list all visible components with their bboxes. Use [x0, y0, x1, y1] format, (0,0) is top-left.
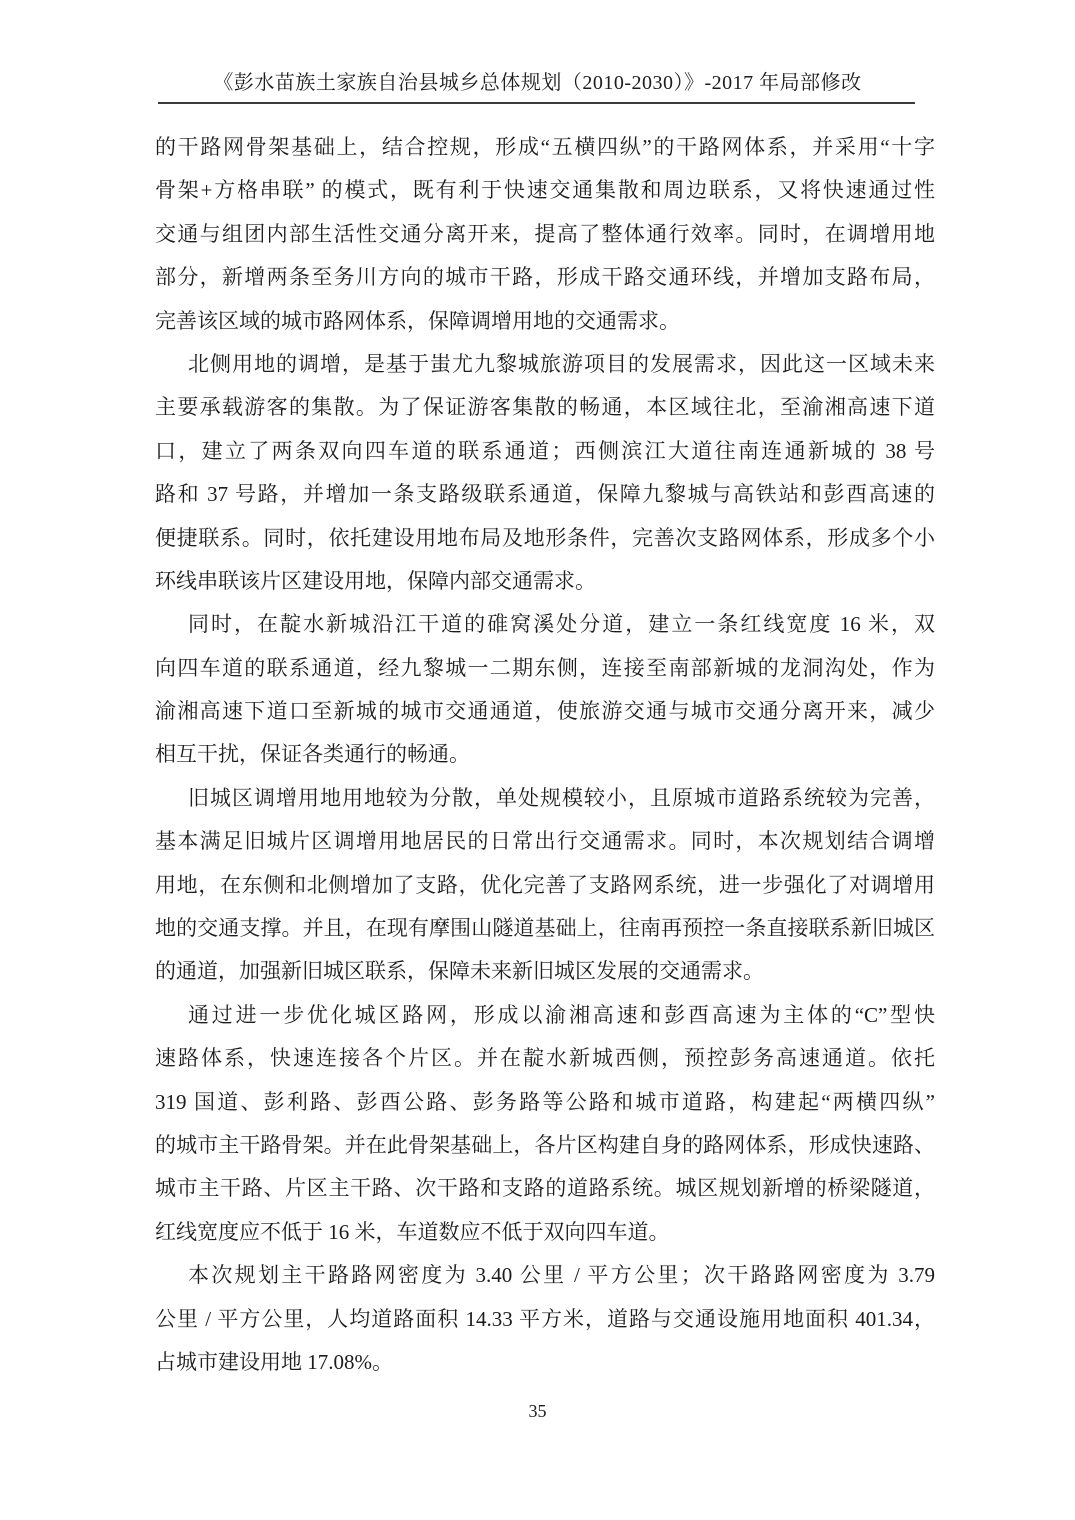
text-line: 城市主干路、片区主干路、次干路和支路的道路系统。城区规划新增的桥梁隧道，	[155, 1167, 935, 1210]
document-title: 《彭水苗族土家族自治县城乡总体规划（2010-2030）》-2017 年局部修改	[213, 72, 861, 94]
text-line: 旧城区调增用地用地较为分散，单处规模较小，且原城市道路系统较为完善，	[155, 777, 935, 820]
text-line: 红线宽度应不低于 16 米，车道数应不低于双向四车道。	[155, 1211, 935, 1254]
text-line: 相互干扰，保证各类通行的畅通。	[155, 733, 935, 776]
text-line: 用地，在东侧和北侧增加了支路，优化完善了支路网系统，进一步强化了对调增用	[155, 864, 935, 907]
text-line: 部分，新增两条至务川方向的城市干路，形成干路交通环线，并增加支路布局，	[155, 256, 935, 299]
text-line: 319 国道、彭利路、彭酉公路、彭务路等公路和城市道路，构建起“两横四纵”	[155, 1081, 935, 1124]
text-line: 便捷联系。同时，依托建设用地布局及地形条件，完善次支路网体系，形成多个小	[155, 517, 935, 560]
page-header: 《彭水苗族土家族自治县城乡总体规划（2010-2030）》-2017 年局部修改	[0, 70, 1075, 96]
text-line: 通过进一步优化城区路网，形成以渝湘高速和彭酉高速为主体的“C”型快	[155, 994, 935, 1037]
text-line: 北侧用地的调增，是基于蚩尤九黎城旅游项目的发展需求，因此这一区域未来	[155, 343, 935, 386]
text-line: 的通道，加强新旧城区联系，保障未来新旧城区发展的交通需求。	[155, 950, 935, 993]
header-rule	[158, 102, 915, 104]
text-line: 渝湘高速下道口至新城的城市交通通道，使旅游交通与城市交通分离开来，减少	[155, 690, 935, 733]
text-line: 口，建立了两条双向四车道的联系通道；西侧滨江大道往南连通新城的 38 号	[155, 430, 935, 473]
text-line: 公里 / 平方公里，人均道路面积 14.33 平方米，道路与交通设施用地面积 4…	[155, 1298, 935, 1341]
text-line: 向四车道的联系通道，经九黎城一二期东侧，连接至南部新城的龙洞沟处，作为	[155, 647, 935, 690]
text-line: 环线串联该片区建设用地，保障内部交通需求。	[155, 560, 935, 603]
page-number: 35	[529, 1401, 547, 1421]
text-line: 路和 37 号路，并增加一条支路级联系通道，保障九黎城与高铁站和彭酉高速的	[155, 473, 935, 516]
text-line: 的城市主干路骨架。并在此骨架基础上，各片区构建自身的路网体系，形成快速路、	[155, 1124, 935, 1167]
text-line: 骨架+方格串联” 的模式，既有利于快速交通集散和周边联系，又将快速通过性	[155, 169, 935, 212]
page-footer: 35	[0, 1399, 1075, 1423]
text-line: 占城市建设用地 17.08%。	[155, 1341, 935, 1384]
document-body: 的干路网骨架基础上，结合控规，形成“五横四纵”的干路网体系，并采用“十字骨架+方…	[155, 126, 935, 1384]
text-line: 速路体系，快速连接各个片区。并在靛水新城西侧，预控彭务高速通道。依托	[155, 1037, 935, 1080]
text-line: 基本满足旧城片区调增用地居民的日常出行交通需求。同时，本次规划结合调增	[155, 820, 935, 863]
text-line: 本次规划主干路路网密度为 3.40 公里 / 平方公里；次干路路网密度为 3.7…	[155, 1254, 935, 1297]
text-line: 同时，在靛水新城沿江干道的碓窝溪处分道，建立一条红线宽度 16 米，双	[155, 603, 935, 646]
text-line: 完善该区域的城市路网体系，保障调增用地的交通需求。	[155, 300, 935, 343]
text-line: 主要承载游客的集散。为了保证游客集散的畅通，本区域往北，至渝湘高速下道	[155, 386, 935, 429]
text-line: 地的交通支撑。并且，在现有摩围山隧道基础上，往南再预控一条直接联系新旧城区	[155, 907, 935, 950]
text-line: 的干路网骨架基础上，结合控规，形成“五横四纵”的干路网体系，并采用“十字	[155, 126, 935, 169]
document-page: 《彭水苗族土家族自治县城乡总体规划（2010-2030）》-2017 年局部修改…	[0, 0, 1075, 1520]
text-line: 交通与组团内部生活性交通分离开来，提高了整体通行效率。同时，在调增用地	[155, 213, 935, 256]
